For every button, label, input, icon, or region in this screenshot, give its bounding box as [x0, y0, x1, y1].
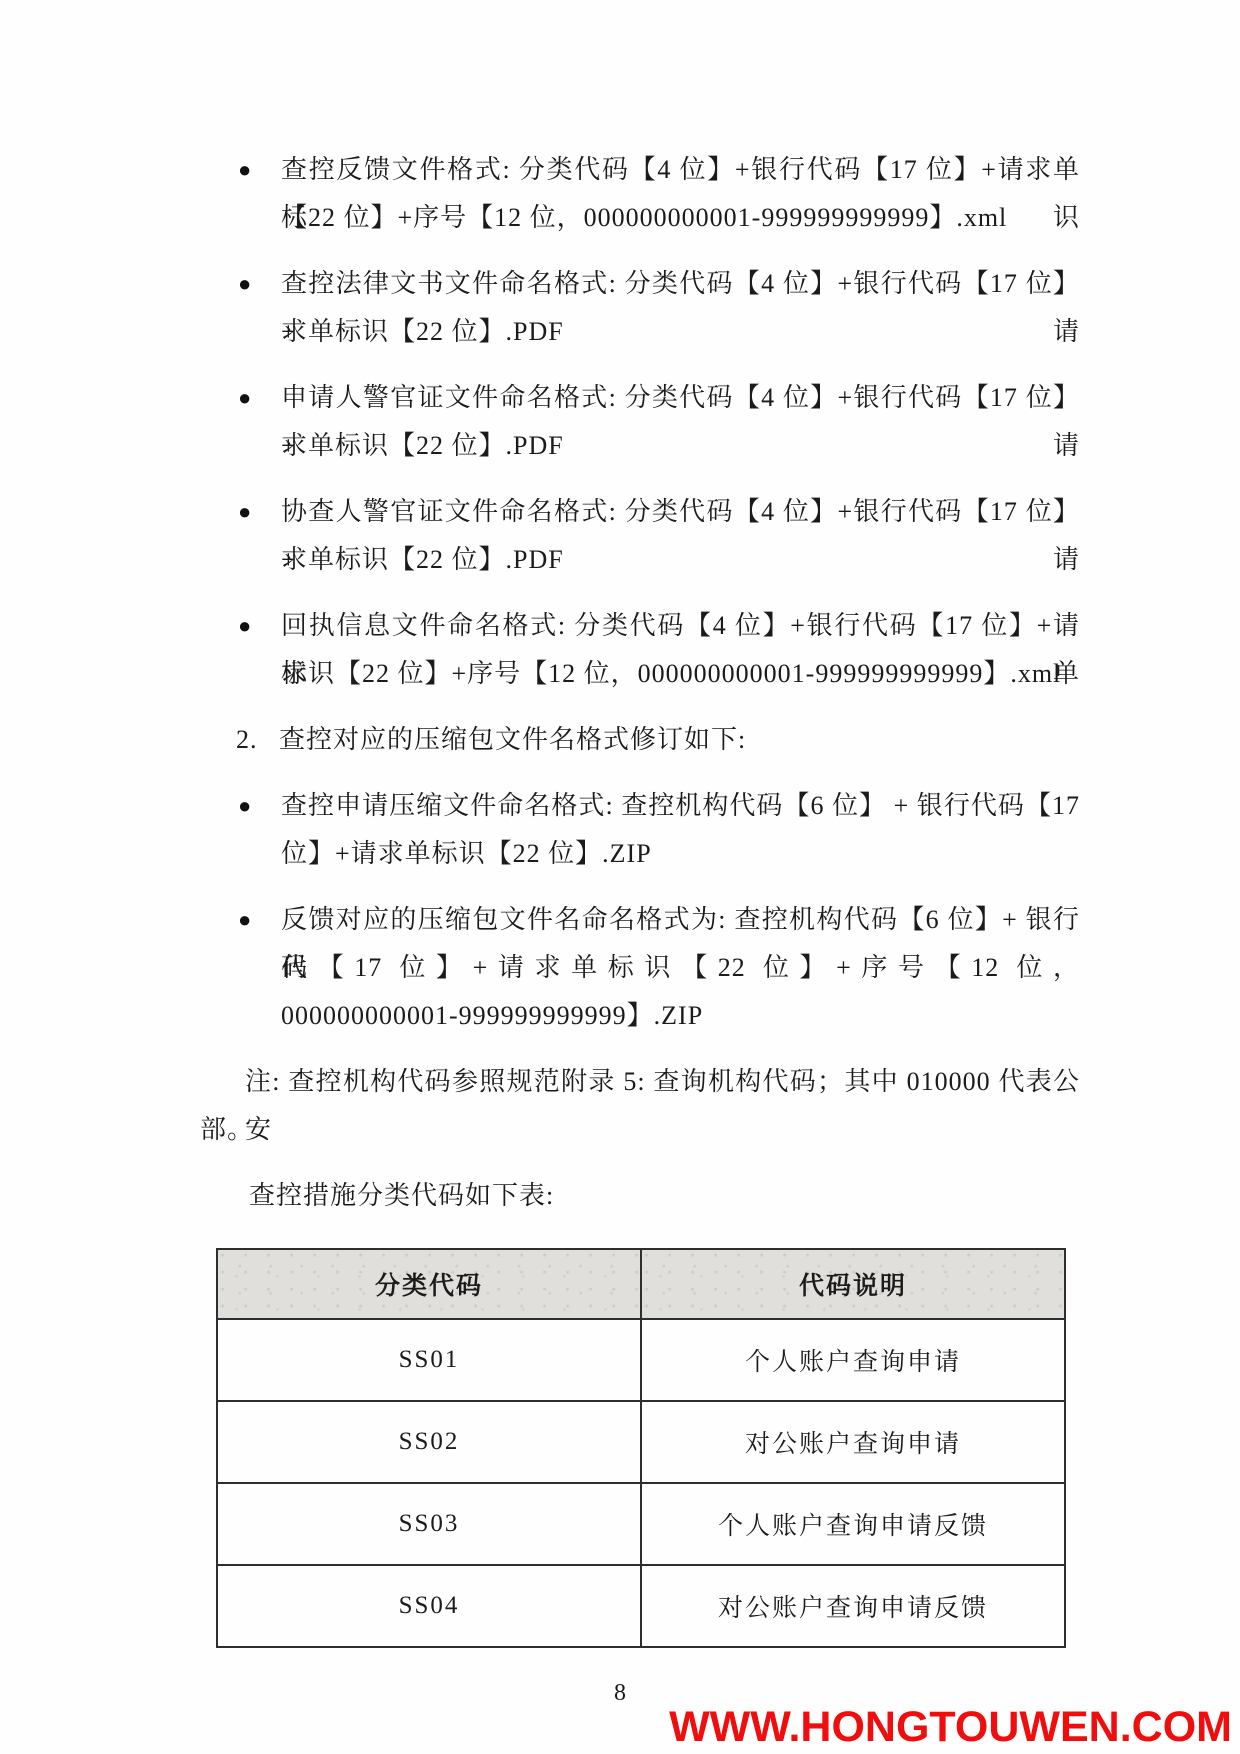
bullet-icon: ● — [238, 782, 252, 830]
bullet-item-assistant-police-id-format: ● 协查人警官证文件命名格式: 分类代码【4 位】+银行代码【17 位】+请 求… — [200, 488, 1080, 584]
table-header-row: 分类代码 代码说明 — [217, 1249, 1065, 1319]
table-header-description: 代码说明 — [641, 1249, 1065, 1319]
bullet-item-feedback-file-format: ● 查控反馈文件格式: 分类代码【4 位】+银行代码【17 位】+请求单标识 【… — [200, 146, 1080, 242]
bullet-line: 000000000001-999999999999】.ZIP — [281, 992, 1080, 1040]
bullet-line: 反馈对应的压缩包文件名命名格式为: 查控机构代码【6 位】+ 银行代 — [281, 896, 1080, 944]
bullet-line: 查控法律文书文件命名格式: 分类代码【4 位】+银行代码【17 位】+请 — [281, 260, 1080, 308]
bullet-icon: ● — [238, 260, 252, 308]
watermark-text: WWW.HONGTOUWEN.COM — [669, 1703, 1232, 1752]
table-row: SS03 个人账户查询申请反馈 — [217, 1483, 1065, 1565]
bullet-line: 【22 位】+序号【12 位，000000000001-999999999999… — [281, 194, 1080, 242]
numbered-item-2: 2.查控对应的压缩包文件名格式修订如下: — [200, 716, 1080, 764]
numbered-item-marker: 2. — [236, 716, 279, 764]
document-body: ● 查控反馈文件格式: 分类代码【4 位】+银行代码【17 位】+请求单标识 【… — [200, 146, 1080, 1648]
bullet-icon: ● — [238, 896, 252, 944]
bullet-line: 申请人警官证文件命名格式: 分类代码【4 位】+银行代码【17 位】+请 — [281, 374, 1080, 422]
bullet-line: 查控反馈文件格式: 分类代码【4 位】+银行代码【17 位】+请求单标识 — [281, 146, 1080, 194]
classification-code-table: 分类代码 代码说明 SS01 个人账户查询申请 SS02 对公账户查询申请 SS… — [216, 1248, 1066, 1648]
bullet-line: 查控申请压缩文件命名格式: 查控机构代码【6 位】 + 银行代码【17 — [281, 782, 1080, 830]
bullet-icon: ● — [238, 146, 252, 194]
bullet-item-legal-doc-format: ● 查控法律文书文件命名格式: 分类代码【4 位】+银行代码【17 位】+请 求… — [200, 260, 1080, 356]
bullet-line: 回执信息文件命名格式: 分类代码【4 位】+银行代码【17 位】+请求单 — [281, 602, 1080, 650]
table-intro: 查控措施分类代码如下表: — [200, 1172, 1080, 1220]
bullet-icon: ● — [238, 602, 252, 650]
table-cell-description: 个人账户查询申请反馈 — [641, 1483, 1065, 1565]
table-cell-description: 对公账户查询申请反馈 — [641, 1565, 1065, 1647]
table-header-code: 分类代码 — [217, 1249, 641, 1319]
table-cell-description: 个人账户查询申请 — [641, 1319, 1065, 1401]
bullet-item-zip-request-format: ● 查控申请压缩文件命名格式: 查控机构代码【6 位】 + 银行代码【17 位】… — [200, 782, 1080, 878]
bullet-icon: ● — [238, 488, 252, 536]
bullet-line: 协查人警官证文件命名格式: 分类代码【4 位】+银行代码【17 位】+请 — [281, 488, 1080, 536]
table-cell-code: SS02 — [217, 1401, 641, 1483]
bullet-item-zip-feedback-format: ● 反馈对应的压缩包文件名命名格式为: 查控机构代码【6 位】+ 银行代 码【1… — [200, 896, 1080, 1040]
note-line: 注: 查控机构代码参照规范附录 5: 查询机构代码；其中 010000 代表公安 — [200, 1058, 1080, 1106]
table-row: SS01 个人账户查询申请 — [217, 1319, 1065, 1401]
table-cell-code: SS01 — [217, 1319, 641, 1401]
table-cell-description: 对公账户查询申请 — [641, 1401, 1065, 1483]
bullet-line: 标识【22 位】+序号【12 位，000000000001-9999999999… — [281, 650, 1080, 698]
bullet-item-applicant-police-id-format: ● 申请人警官证文件命名格式: 分类代码【4 位】+银行代码【17 位】+请 求… — [200, 374, 1080, 470]
note-paragraph: 注: 查控机构代码参照规范附录 5: 查询机构代码；其中 010000 代表公安… — [200, 1058, 1080, 1154]
table-cell-code: SS03 — [217, 1483, 641, 1565]
note-line: 部。 — [200, 1106, 1080, 1154]
bullet-icon: ● — [238, 374, 252, 422]
table-cell-code: SS04 — [217, 1565, 641, 1647]
bullet-item-receipt-info-format: ● 回执信息文件命名格式: 分类代码【4 位】+银行代码【17 位】+请求单 标… — [200, 602, 1080, 698]
bullet-line: 码【17 位】+请求单标识【22 位】+序号【12 位， — [281, 944, 1080, 992]
table-row: SS02 对公账户查询申请 — [217, 1401, 1065, 1483]
table-row: SS04 对公账户查询申请反馈 — [217, 1565, 1065, 1647]
numbered-item-text: 查控对应的压缩包文件名格式修订如下: — [279, 725, 746, 754]
bullet-line: 位】+请求单标识【22 位】.ZIP — [281, 830, 1080, 878]
